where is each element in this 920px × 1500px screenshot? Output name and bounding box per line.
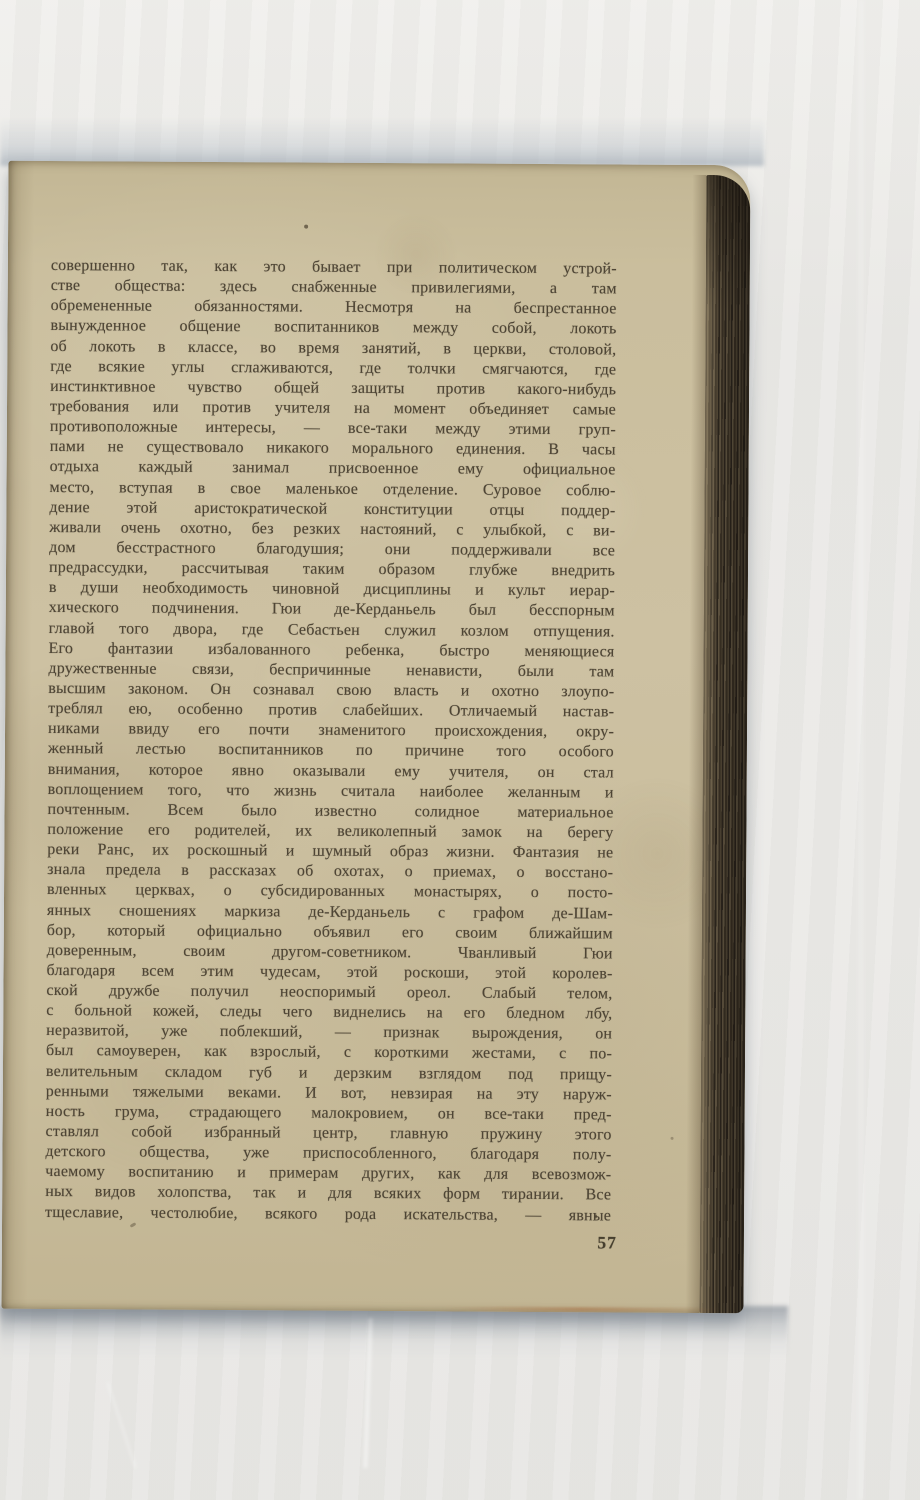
paper-speck	[304, 225, 308, 229]
book-page: совершенно так, как это бывает при полит…	[2, 161, 751, 1314]
paper-speck	[594, 1214, 597, 1218]
book-top-shadow	[0, 118, 764, 166]
page-number: 57	[567, 1232, 617, 1253]
scanner-background: совершенно так, как это бывает при полит…	[0, 0, 920, 1500]
paper-speck	[671, 1137, 674, 1140]
page-block-edges	[699, 175, 750, 1313]
scanbed-scratch	[106, 1382, 137, 1469]
book-bottom-shadow	[0, 1306, 788, 1358]
page-text: совершенно так, как это бывает при полит…	[45, 257, 617, 1227]
scanbed-streak	[858, 0, 864, 1500]
page-bottom-edge-tint	[441, 1306, 721, 1312]
